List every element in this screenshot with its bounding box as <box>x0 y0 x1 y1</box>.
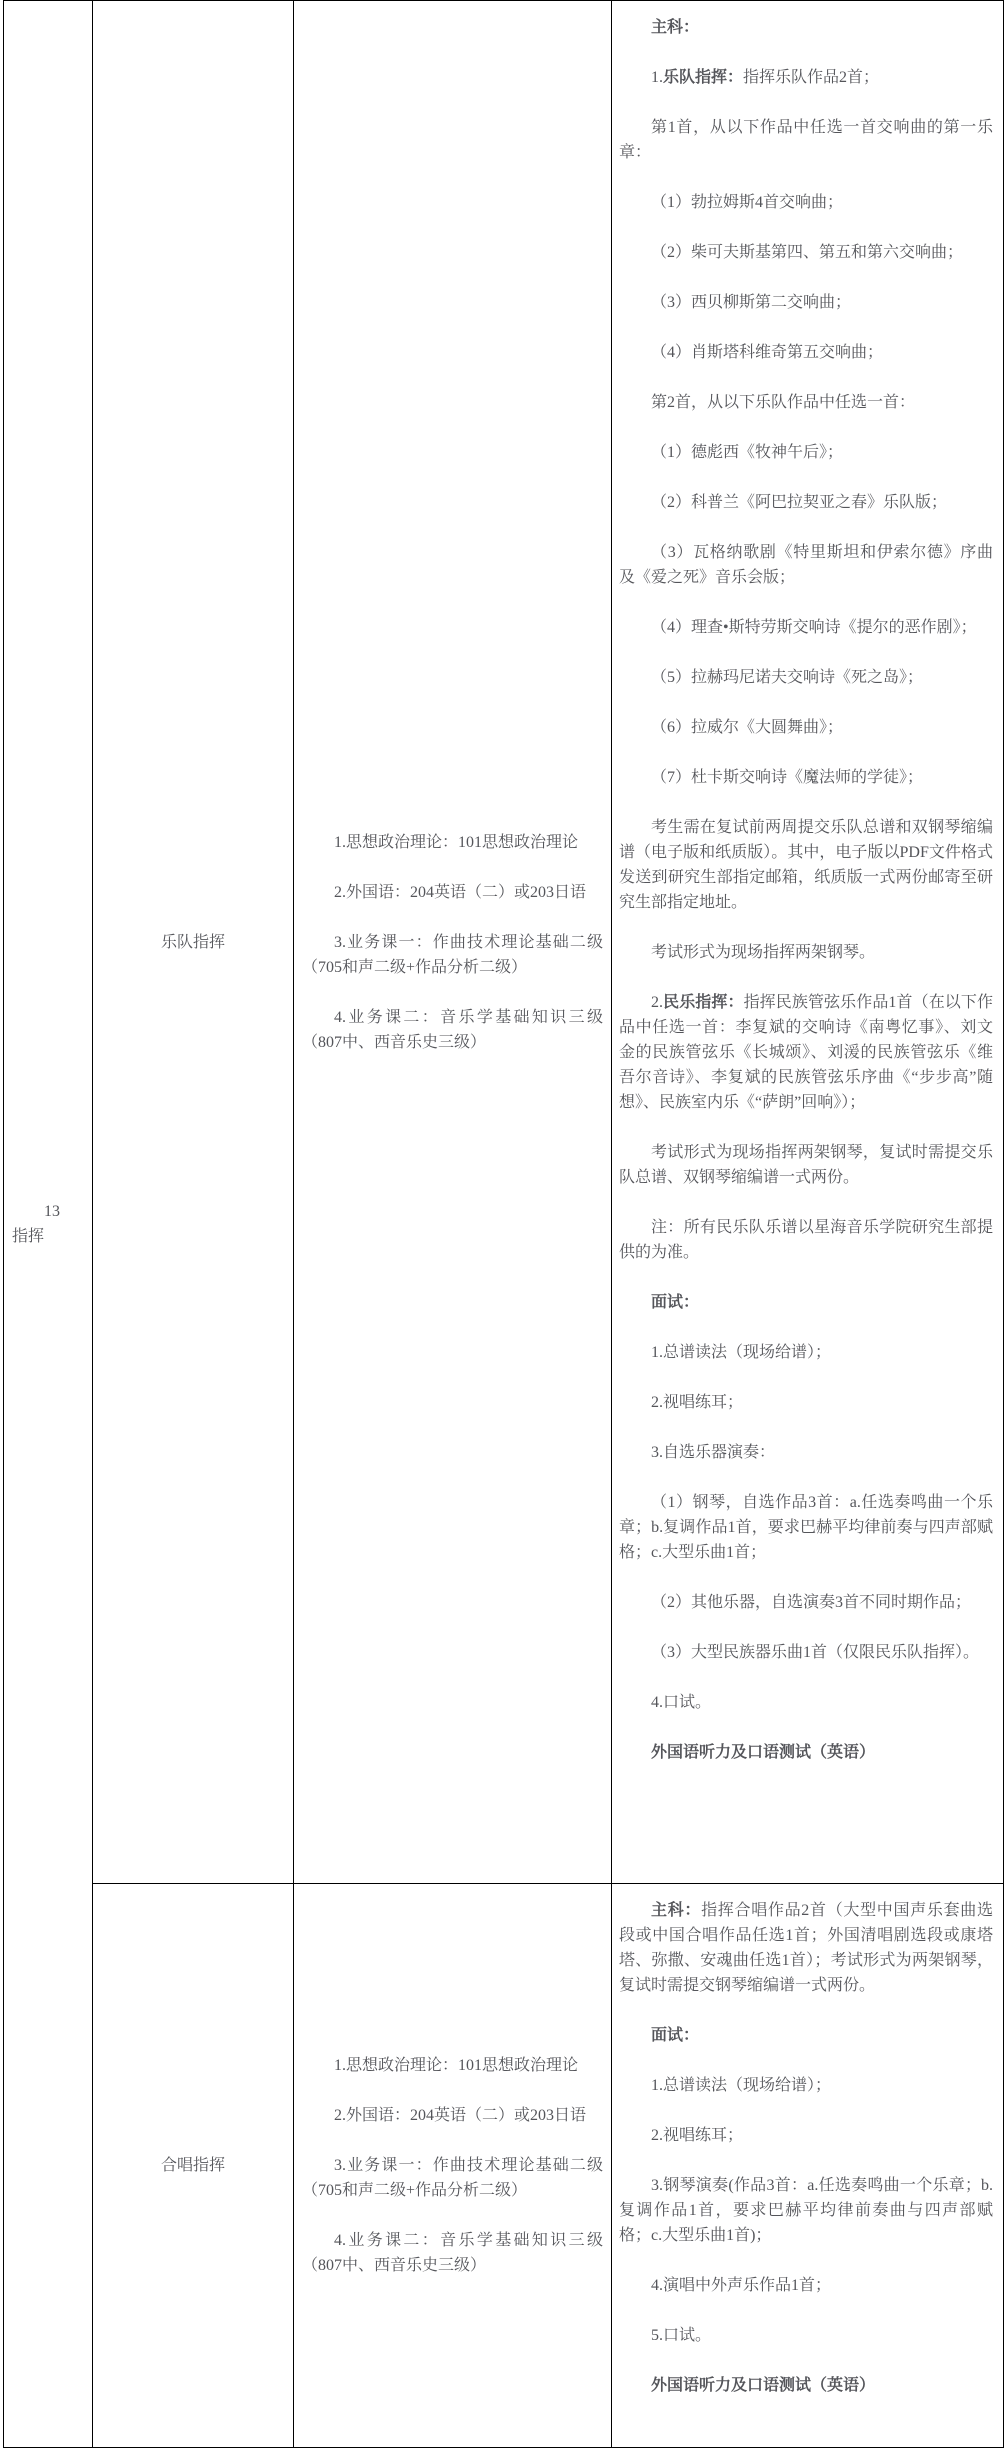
paragraph: 3.自选乐器演奏： <box>619 1440 993 1465</box>
paragraph: 面试： <box>619 2023 993 2048</box>
paragraph: 3.钢琴演奏(作品3首：a.任选奏鸣曲一个乐章；b.复调作品1首，要求巴赫平均律… <box>619 2173 993 2248</box>
paragraph: 5.口试。 <box>619 2323 993 2348</box>
courses-cell-choral: 1.思想政治理论：101思想政治理论2.外国语：204英语（二）或203日语3.… <box>294 1884 612 2448</box>
exam-details-cell-orchestral: 主科：1.乐队指挥：指挥乐队作品2首；第1首，从以下作品中任选一首交响曲的第一乐… <box>612 1 1004 1884</box>
paragraph: 注：所有民乐队乐谱以星海音乐学院研究生部提供的为准。 <box>619 1215 993 1265</box>
paragraph: 外国语听力及口语测试（英语） <box>619 1740 993 1765</box>
paragraph: （4）肖斯塔科维奇第五交响曲； <box>619 340 993 365</box>
courses-cell-orchestral: 1.思想政治理论：101思想政治理论2.外国语：204英语（二）或203日语3.… <box>294 1 612 1884</box>
paragraph: 主科：指挥合唱作品2首（大型中国声乐套曲选段或中国合唱作品任选1首；外国清唱剧选… <box>619 1898 993 1998</box>
paragraph: 2.外国语：204英语（二）或203日语 <box>302 880 603 905</box>
paragraph: 1.思想政治理论：101思想政治理论 <box>302 830 603 855</box>
major-group-cell: 13指挥 <box>4 1 93 2448</box>
paragraph: 考试形式为现场指挥两架钢琴，复试时需提交乐队总谱、双钢琴缩编谱一式两份。 <box>619 1140 993 1190</box>
paragraph: （2）柴可夫斯基第四、第五和第六交响曲； <box>619 240 993 265</box>
paragraph: 4.口试。 <box>619 1690 993 1715</box>
paragraph: （4）理查•斯特劳斯交响诗《提尔的恶作剧》； <box>619 615 993 640</box>
paragraph: （1）钢琴，自选作品3首：a.任选奏鸣曲一个乐章；b.复调作品1首，要求巴赫平均… <box>619 1490 993 1565</box>
paragraph: （7）杜卡斯交响诗《魔法师的学徒》； <box>619 765 993 790</box>
paragraph: （2）科普兰《阿巴拉契亚之春》乐队版； <box>619 490 993 515</box>
paragraph: （5）拉赫玛尼诺夫交响诗《死之岛》； <box>619 665 993 690</box>
direction-cell-choral-conducting: 合唱指挥 <box>93 1884 294 2448</box>
major-name: 指挥 <box>12 1228 44 1245</box>
paragraph: （3）大型民族器乐曲1首（仅限民乐队指挥）。 <box>619 1640 993 1665</box>
paragraph: 2.民乐指挥：指挥民族管弦乐作品1首（在以下作品中任选一首：李复斌的交响诗《南粤… <box>619 990 993 1115</box>
paragraph: 1.乐队指挥：指挥乐队作品2首； <box>619 65 993 90</box>
paragraph: （2）其他乐器，自选演奏3首不同时期作品； <box>619 1590 993 1615</box>
direction-label: 乐队指挥 <box>101 930 285 955</box>
major-number: 13 <box>44 1203 60 1220</box>
paragraph: 考生需在复试前两周提交乐队总谱和双钢琴缩编谱（电子版和纸质版）。其中，电子版以P… <box>619 815 993 915</box>
paragraph: 考试形式为现场指挥两架钢琴。 <box>619 940 993 965</box>
paragraph: 外国语听力及口语测试（英语） <box>619 2373 993 2398</box>
major-group-label: 13指挥 <box>12 1199 84 1249</box>
paragraph: （1）勃拉姆斯4首交响曲； <box>619 190 993 215</box>
direction-label: 合唱指挥 <box>101 2153 285 2178</box>
paragraph: 2.视唱练耳； <box>619 2123 993 2148</box>
paragraph: 主科： <box>619 15 993 40</box>
paragraph: 1.总谱读法（现场给谱）； <box>619 2073 993 2098</box>
direction-cell-orchestral-conducting: 乐队指挥 <box>93 1 294 1884</box>
paragraph: 第2首，从以下乐队作品中任选一首： <box>619 390 993 415</box>
paragraph: （1）德彪西《牧神午后》； <box>619 440 993 465</box>
paragraph: 4.业务课二：音乐学基础知识三级（807中、西音乐史三级） <box>302 2228 603 2278</box>
paragraph: 3.业务课一：作曲技术理论基础二级（705和声二级+作品分析二级） <box>302 2153 603 2203</box>
paragraph: 1.思想政治理论：101思想政治理论 <box>302 2053 603 2078</box>
paragraph: 4.业务课二：音乐学基础知识三级（807中、西音乐史三级） <box>302 1005 603 1055</box>
paragraph: 2.视唱练耳； <box>619 1390 993 1415</box>
paragraph: 3.业务课一：作曲技术理论基础二级（705和声二级+作品分析二级） <box>302 930 603 980</box>
paragraph: （6）拉威尔《大圆舞曲》； <box>619 715 993 740</box>
exam-details-cell-choral: 主科：指挥合唱作品2首（大型中国声乐套曲选段或中国合唱作品任选1首；外国清唱剧选… <box>612 1884 1004 2448</box>
paragraph: （3）西贝柳斯第二交响曲； <box>619 290 993 315</box>
paragraph: 面试： <box>619 1290 993 1315</box>
admissions-exam-table: 13指挥 乐队指挥 1.思想政治理论：101思想政治理论2.外国语：204英语（… <box>3 0 1004 2448</box>
paragraph: 第1首，从以下作品中任选一首交响曲的第一乐章： <box>619 115 993 165</box>
paragraph: 2.外国语：204英语（二）或203日语 <box>302 2103 603 2128</box>
paragraph: （3）瓦格纳歌剧《特里斯坦和伊索尔德》序曲及《爱之死》音乐会版； <box>619 540 993 590</box>
paragraph: 4.演唱中外声乐作品1首； <box>619 2273 993 2298</box>
paragraph: 1.总谱读法（现场给谱）； <box>619 1340 993 1365</box>
